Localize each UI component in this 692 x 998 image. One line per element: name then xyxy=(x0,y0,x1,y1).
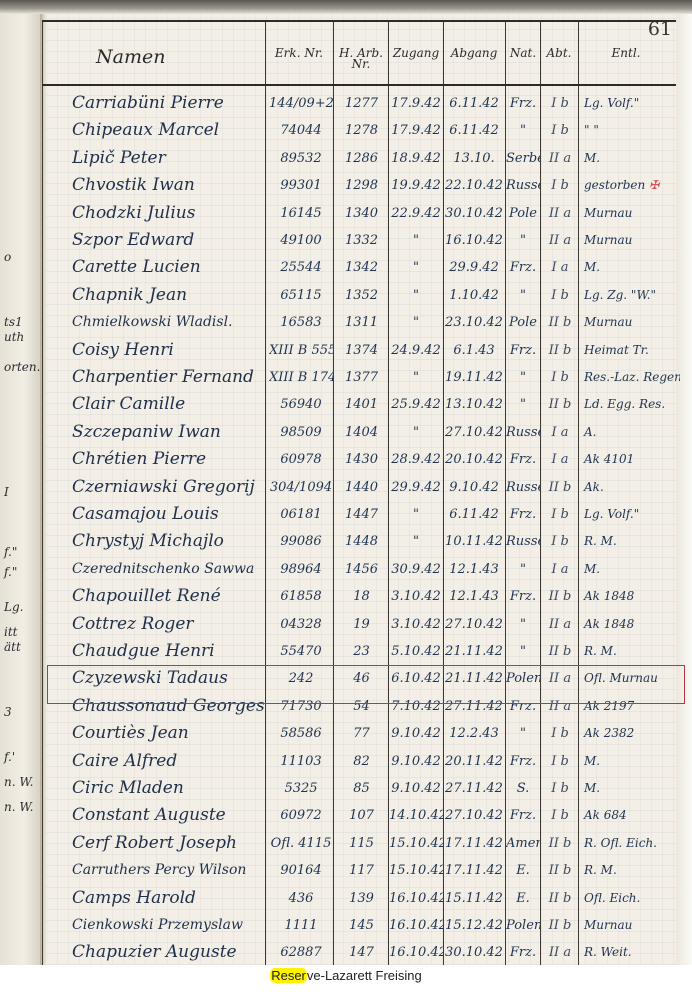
cell-entl: Ak 1848 xyxy=(580,611,680,638)
cell-erk: 98964 xyxy=(269,556,333,583)
cell-erk: 436 xyxy=(269,885,333,912)
cell-harb: 1377 xyxy=(335,364,388,391)
cell-zugang: " xyxy=(389,227,443,254)
cell-harb: 1311 xyxy=(335,309,388,336)
table-row: Chmielkowski Wladisl.165831311"23.10.42P… xyxy=(42,309,676,336)
cell-entl: M. xyxy=(580,748,680,775)
cell-name: Czerednitschenko Sawwa xyxy=(72,556,298,583)
cell-abt: II a xyxy=(542,200,578,227)
cell-abt: II b xyxy=(542,857,578,884)
book-spine-shadow xyxy=(0,0,692,14)
left-page-fragment: o xyxy=(4,250,11,264)
cell-abt: I b xyxy=(542,172,578,199)
cell-abgang: 21.11.42 xyxy=(444,638,504,665)
cell-entl: Murnau xyxy=(580,309,680,336)
cell-abgang: 27.10.42 xyxy=(444,802,504,829)
cell-erk: 304/1094 xyxy=(269,474,333,501)
cell-abt: I a xyxy=(542,446,578,473)
left-page-fragment: uth xyxy=(4,330,24,344)
cell-zugang: " xyxy=(389,501,443,528)
table-row: Caire Alfred11103829.10.4220.11.42Frz.I … xyxy=(42,748,676,775)
cell-erk: 49100 xyxy=(269,227,333,254)
cell-harb: 1342 xyxy=(335,254,388,281)
cell-erk: 56940 xyxy=(269,391,333,418)
cell-entl: M. xyxy=(580,145,680,172)
cell-entl: Res.-Laz. Regensburg xyxy=(580,364,680,391)
table-row: Ciric Mladen5325859.10.4227.11.42S.I bM. xyxy=(42,775,676,802)
cell-name: Caire Alfred xyxy=(72,748,298,775)
cell-harb: 107 xyxy=(335,802,388,829)
cell-harb: 77 xyxy=(335,720,388,747)
cell-abt: II a xyxy=(542,227,578,254)
cell-abt: I b xyxy=(542,748,578,775)
cell-entl: M. xyxy=(580,556,680,583)
cell-zugang: 28.9.42 xyxy=(389,446,443,473)
cell-name: Carriabüni Pierre xyxy=(72,90,298,117)
table-row: Czerednitschenko Sawwa98964145630.9.4212… xyxy=(42,556,676,583)
cell-harb: 1456 xyxy=(335,556,388,583)
cell-harb: 145 xyxy=(335,912,388,939)
cell-entl: R. Ofl. Eich. xyxy=(580,830,680,857)
cell-abgang: 15.12.42 xyxy=(444,912,504,939)
left-page-fragment: f." xyxy=(4,545,17,559)
column-header-name: Namen xyxy=(60,52,296,63)
cell-zugang: 16.10.42 xyxy=(389,939,443,965)
cell-harb: 147 xyxy=(335,939,388,965)
cell-nat: Frz. xyxy=(506,446,540,473)
cell-nat: Polen xyxy=(506,912,540,939)
cell-entl: Ak. xyxy=(580,474,680,501)
cell-abt: II b xyxy=(542,391,578,418)
cell-zugang: 15.10.42 xyxy=(389,857,443,884)
cell-abgang: 12.1.43 xyxy=(444,583,504,610)
column-header-abt: Abt. xyxy=(541,48,577,59)
cell-zugang: 29.9.42 xyxy=(389,474,443,501)
cell-erk: 99086 xyxy=(269,528,333,555)
cell-nat: " xyxy=(506,638,540,665)
table-row: Courtiès Jean58586779.10.4212.2.43"I bAk… xyxy=(42,720,676,747)
cell-entl: Ld. Egg. Res. xyxy=(580,391,680,418)
cell-name: Constant Auguste xyxy=(72,802,298,829)
cell-name: Chrystyj Michajlo xyxy=(72,528,298,555)
cell-entl: R. M. xyxy=(580,857,680,884)
red-cross-mark-icon: ✠ xyxy=(645,178,659,192)
cell-abt: I b xyxy=(542,775,578,802)
cell-harb: 1278 xyxy=(335,117,388,144)
cell-entl: Ak 1848 xyxy=(580,583,680,610)
cell-entl: Ak 2382 xyxy=(580,720,680,747)
cell-abgang: 29.9.42 xyxy=(444,254,504,281)
cell-harb: 1440 xyxy=(335,474,388,501)
cell-zugang: 5.10.42 xyxy=(389,638,443,665)
cell-harb: 1448 xyxy=(335,528,388,555)
cell-nat: Pole xyxy=(506,200,540,227)
cell-harb: 1404 xyxy=(335,419,388,446)
cell-name: Chrétien Pierre xyxy=(72,446,298,473)
table-row: Szpor Edward491001332"16.10.42"II aMurna… xyxy=(42,227,676,254)
cell-abgang: 12.2.43 xyxy=(444,720,504,747)
left-page-fragment: n. W. xyxy=(4,800,33,814)
cell-erk: 11103 xyxy=(269,748,333,775)
cell-nat: Amer. xyxy=(506,830,540,857)
cell-abt: II b xyxy=(542,337,578,364)
cell-abgang: 9.10.42 xyxy=(444,474,504,501)
cell-name: Chaudgue Henri xyxy=(72,638,298,665)
cell-abt: I a xyxy=(542,556,578,583)
table-row: Cienkowski Przemyslaw111114516.10.4215.1… xyxy=(42,912,676,939)
cell-entl: R. M. xyxy=(580,638,680,665)
caption: Reserve-Lazarett Freising xyxy=(0,968,692,983)
cell-abt: I b xyxy=(542,802,578,829)
cell-erk: 1111 xyxy=(269,912,333,939)
cell-name: Ciric Mladen xyxy=(72,775,298,802)
cell-nat: Frz. xyxy=(506,254,540,281)
cell-abt: II b xyxy=(542,638,578,665)
cell-name: Szpor Edward xyxy=(72,227,298,254)
cell-nat: Frz. xyxy=(506,337,540,364)
cell-entl: Murnau xyxy=(580,912,680,939)
table-row: Clair Camille56940140125.9.4213.10.42"II… xyxy=(42,391,676,418)
cell-harb: 85 xyxy=(335,775,388,802)
cell-erk: 60972 xyxy=(269,802,333,829)
cell-abt: I a xyxy=(542,419,578,446)
cell-abt: I a xyxy=(542,254,578,281)
cell-erk: 144/09+20 xyxy=(269,90,333,117)
cell-nat: " xyxy=(506,391,540,418)
cell-zugang: 15.10.42 xyxy=(389,830,443,857)
table-row: Chapuzier Auguste6288714716.10.4230.10.4… xyxy=(42,939,676,965)
cell-harb: 115 xyxy=(335,830,388,857)
header-rule xyxy=(42,20,676,22)
cell-zugang: 3.10.42 xyxy=(389,583,443,610)
table-row: Carette Lucien255441342"29.9.42Frz.I aM. xyxy=(42,254,676,281)
cell-nat: Serbe xyxy=(506,145,540,172)
cell-harb: 1430 xyxy=(335,446,388,473)
table-row: Coisy HenriXIII B 5558 L.A.137424.9.426.… xyxy=(42,337,676,364)
cell-abt: II a xyxy=(542,145,578,172)
cell-erk: 58586 xyxy=(269,720,333,747)
cell-zugang: 17.9.42 xyxy=(389,117,443,144)
cell-harb: 1374 xyxy=(335,337,388,364)
cell-zugang: 18.9.42 xyxy=(389,145,443,172)
table-row: Szczepaniw Iwan985091404"27.10.42RusseI … xyxy=(42,419,676,446)
cell-abgang: 15.11.42 xyxy=(444,885,504,912)
cell-zugang: 24.9.42 xyxy=(389,337,443,364)
cell-zugang: 9.10.42 xyxy=(389,748,443,775)
cell-nat: Pole xyxy=(506,309,540,336)
caption-highlight: Reser xyxy=(270,968,307,983)
cell-zugang: 9.10.42 xyxy=(389,720,443,747)
cell-name: Carruthers Percy Wilson xyxy=(72,857,298,884)
cell-harb: 18 xyxy=(335,583,388,610)
cell-erk: 62887 xyxy=(269,939,333,965)
cell-abgang: 6.11.42 xyxy=(444,501,504,528)
highlighted-row-box xyxy=(47,665,685,704)
cell-abt: II b xyxy=(542,474,578,501)
cell-abt: I b xyxy=(542,90,578,117)
cell-harb: 1298 xyxy=(335,172,388,199)
cell-erk: XIII B 5558 L.A. xyxy=(269,337,333,364)
cell-erk: 5325 xyxy=(269,775,333,802)
cell-harb: 1277 xyxy=(335,90,388,117)
cell-nat: Russe xyxy=(506,419,540,446)
cell-entl: Lg. Zg. "W." xyxy=(580,282,680,309)
cell-harb: 1447 xyxy=(335,501,388,528)
table-row: Carriabüni Pierre144/09+20127717.9.426.1… xyxy=(42,90,676,117)
table-row: Carruthers Percy Wilson9016411715.10.421… xyxy=(42,857,676,884)
cell-abt: I b xyxy=(542,501,578,528)
cell-entl: A. xyxy=(580,419,680,446)
cell-abgang: 27.11.42 xyxy=(444,775,504,802)
table-row: Chaudgue Henri55470235.10.4221.11.42"II … xyxy=(42,638,676,665)
cell-harb: 82 xyxy=(335,748,388,775)
cell-erk: 90164 xyxy=(269,857,333,884)
cell-entl: R. Weit. xyxy=(580,939,680,965)
cell-erk: Ofl. 4115 xyxy=(269,830,333,857)
cell-abgang: 20.11.42 xyxy=(444,748,504,775)
cell-entl: " " xyxy=(580,117,680,144)
cell-name: Chmielkowski Wladisl. xyxy=(72,309,298,336)
cell-abt: II a xyxy=(542,939,578,965)
cell-harb: 1352 xyxy=(335,282,388,309)
cell-entl: Heimat Tr. xyxy=(580,337,680,364)
cell-abt: II b xyxy=(542,885,578,912)
cell-erk: 55470 xyxy=(269,638,333,665)
caption-text: ve-Lazarett Freising xyxy=(307,968,422,983)
cell-abt: II b xyxy=(542,583,578,610)
column-header-entl: Entl. xyxy=(580,48,672,59)
cell-abgang: 22.10.42 xyxy=(444,172,504,199)
cell-abt: I b xyxy=(542,364,578,391)
cell-zugang: 22.9.42 xyxy=(389,200,443,227)
table-row: Casamajou Louis061811447"6.11.42Frz.I bL… xyxy=(42,501,676,528)
left-page-fragment: ts1 xyxy=(4,315,23,329)
cell-abgang: 30.10.42 xyxy=(444,200,504,227)
cell-name: Chvostik Iwan xyxy=(72,172,298,199)
cell-zugang: 16.10.42 xyxy=(389,912,443,939)
cell-erk: 89532 xyxy=(269,145,333,172)
cell-erk: 25544 xyxy=(269,254,333,281)
cell-abt: I b xyxy=(542,720,578,747)
cell-abgang: 13.10. xyxy=(444,145,504,172)
cell-abgang: 10.11.42 xyxy=(444,528,504,555)
table-row: Cerf Robert JosephOfl. 411511515.10.4217… xyxy=(42,830,676,857)
cell-zugang: 17.9.42 xyxy=(389,90,443,117)
cell-erk: 65115 xyxy=(269,282,333,309)
cell-harb: 1401 xyxy=(335,391,388,418)
cell-erk: 61858 xyxy=(269,583,333,610)
cell-entl: R. M. xyxy=(580,528,680,555)
cell-nat: Frz. xyxy=(506,939,540,965)
cell-nat: " xyxy=(506,364,540,391)
cell-abgang: 27.10.42 xyxy=(444,611,504,638)
cell-harb: 139 xyxy=(335,885,388,912)
cell-abgang: 30.10.42 xyxy=(444,939,504,965)
table-row: Chodzki Julius16145134022.9.4230.10.42Po… xyxy=(42,200,676,227)
cell-nat: " xyxy=(506,556,540,583)
cell-zugang: " xyxy=(389,254,443,281)
table-row: Czerniawski Gregorij304/1094144029.9.429… xyxy=(42,474,676,501)
cell-abgang: 23.10.42 xyxy=(444,309,504,336)
cell-abt: II b xyxy=(542,309,578,336)
table-row: Chvostik Iwan99301129819.9.4222.10.42Rus… xyxy=(42,172,676,199)
cell-zugang: " xyxy=(389,282,443,309)
cell-nat: Frz. xyxy=(506,802,540,829)
cell-abgang: 12.1.43 xyxy=(444,556,504,583)
cell-harb: 1340 xyxy=(335,200,388,227)
cell-erk: XIII B 1742/1030 xyxy=(269,364,333,391)
table-row: Chapouillet René61858183.10.4212.1.43Frz… xyxy=(42,583,676,610)
cell-name: Chapnik Jean xyxy=(72,282,298,309)
table-row: Charpentier FernandXIII B 1742/10301377"… xyxy=(42,364,676,391)
cell-nat: Russe xyxy=(506,474,540,501)
cell-erk: 04328 xyxy=(269,611,333,638)
table-row: Lipič Peter89532128618.9.4213.10.SerbeII… xyxy=(42,145,676,172)
cell-name: Cienkowski Przemyslaw xyxy=(72,912,298,939)
cell-nat: Frz. xyxy=(506,748,540,775)
cell-harb: 19 xyxy=(335,611,388,638)
cell-nat: S. xyxy=(506,775,540,802)
column-header-erk: Erk. Nr. xyxy=(268,48,330,59)
cell-erk: 60978 xyxy=(269,446,333,473)
cell-entl: Murnau xyxy=(580,200,680,227)
cell-abt: II b xyxy=(542,830,578,857)
left-page-fragment: I xyxy=(4,485,9,499)
cell-name: Camps Harold xyxy=(72,885,298,912)
cell-harb: 1286 xyxy=(335,145,388,172)
cell-name: Chapuzier Auguste xyxy=(72,939,298,965)
cell-name: Cerf Robert Joseph xyxy=(72,830,298,857)
left-page-fragment: Lg. xyxy=(4,600,23,614)
cell-name: Clair Camille xyxy=(72,391,298,418)
left-page-edge: ots1uthorten.If."f."Lg.ittätt3f.'n. W.n.… xyxy=(0,14,41,965)
table-row: Camps Harold43613916.10.4215.11.42E.II b… xyxy=(42,885,676,912)
cell-name: Carette Lucien xyxy=(72,254,298,281)
cell-nat: Russe xyxy=(506,172,540,199)
cell-zugang: " xyxy=(389,364,443,391)
table-row: Chrystyj Michajlo990861448"10.11.42Russe… xyxy=(42,528,676,555)
cell-erk: 99301 xyxy=(269,172,333,199)
cell-abt: I b xyxy=(542,282,578,309)
table-row: Chipeaux Marcel74044127817.9.426.11.42"I… xyxy=(42,117,676,144)
cell-name: Cottrez Roger xyxy=(72,611,298,638)
cell-zugang: " xyxy=(389,419,443,446)
column-header-zugang: Zugang xyxy=(390,48,442,59)
cell-nat: " xyxy=(506,117,540,144)
cell-entl: M. xyxy=(580,775,680,802)
cell-zugang: 25.9.42 xyxy=(389,391,443,418)
cell-erk: 16145 xyxy=(269,200,333,227)
cell-name: Lipič Peter xyxy=(72,145,298,172)
cell-nat: Frz. xyxy=(506,90,540,117)
left-page-fragment: 3 xyxy=(4,705,12,719)
cell-name: Szczepaniw Iwan xyxy=(72,419,298,446)
cell-entl: Ak 4101 xyxy=(580,446,680,473)
cell-abt: II a xyxy=(542,611,578,638)
cell-harb: 1332 xyxy=(335,227,388,254)
cell-nat: E. xyxy=(506,857,540,884)
cell-abt: II b xyxy=(542,912,578,939)
cell-name: Chipeaux Marcel xyxy=(72,117,298,144)
cell-zugang: 14.10.42 xyxy=(389,802,443,829)
cell-nat: E. xyxy=(506,885,540,912)
cell-abgang: 16.10.42 xyxy=(444,227,504,254)
cell-abt: I b xyxy=(542,528,578,555)
column-header-nat: Nat. xyxy=(506,48,540,59)
table-row: Chapnik Jean651151352"1.10.42"I bLg. Zg.… xyxy=(42,282,676,309)
cell-entl: Lg. Volf." xyxy=(580,90,680,117)
cell-name: Coisy Henri xyxy=(72,337,298,364)
cell-abgang: 13.10.42 xyxy=(444,391,504,418)
cell-nat: " xyxy=(506,611,540,638)
left-page-fragment: ätt xyxy=(4,640,21,654)
column-header-abgang: Abgang xyxy=(445,48,503,59)
cell-abgang: 27.10.42 xyxy=(444,419,504,446)
cell-abgang: 6.11.42 xyxy=(444,90,504,117)
cell-name: Charpentier Fernand xyxy=(72,364,298,391)
cell-zugang: " xyxy=(389,528,443,555)
cell-zugang: 19.9.42 xyxy=(389,172,443,199)
cell-zugang: 16.10.42 xyxy=(389,885,443,912)
cell-name: Casamajou Louis xyxy=(72,501,298,528)
cell-nat: Frz. xyxy=(506,501,540,528)
cell-zugang: 30.9.42 xyxy=(389,556,443,583)
table-row: Cottrez Roger04328193.10.4227.10.42"II a… xyxy=(42,611,676,638)
cell-abgang: 6.1.43 xyxy=(444,337,504,364)
cell-entl: Murnau xyxy=(580,227,680,254)
cell-abt: I b xyxy=(542,117,578,144)
cell-abgang: 1.10.42 xyxy=(444,282,504,309)
cell-entl: gestorben ✠ xyxy=(580,172,680,199)
cell-zugang: 9.10.42 xyxy=(389,775,443,802)
left-page-fragment: f.' xyxy=(4,750,15,764)
column-header-harb: H. Arb. Nr. xyxy=(335,48,387,70)
cell-nat: Russe xyxy=(506,528,540,555)
cell-erk: 74044 xyxy=(269,117,333,144)
ledger-scan: ots1uthorten.If."f."Lg.ittätt3f.'n. W.n.… xyxy=(0,0,692,965)
cell-entl: Ofl. Eich. xyxy=(580,885,680,912)
cell-name: Chapouillet René xyxy=(72,583,298,610)
cell-harb: 23 xyxy=(335,638,388,665)
cell-abgang: 19.11.42 xyxy=(444,364,504,391)
cell-entl: Ak 684 xyxy=(580,802,680,829)
left-page-fragment: n. W. xyxy=(4,775,33,789)
left-page-fragment: itt xyxy=(4,625,17,639)
cell-name: Czerniawski Gregorij xyxy=(72,474,298,501)
cell-abgang: 17.11.42 xyxy=(444,830,504,857)
left-page-fragment: orten. xyxy=(4,360,40,374)
cell-name: Chodzki Julius xyxy=(72,200,298,227)
table-row: Constant Auguste6097210714.10.4227.10.42… xyxy=(42,802,676,829)
cell-entl: Lg. Volf." xyxy=(580,501,680,528)
cell-abgang: 20.10.42 xyxy=(444,446,504,473)
cell-harb: 117 xyxy=(335,857,388,884)
cell-zugang: 3.10.42 xyxy=(389,611,443,638)
cell-abgang: 6.11.42 xyxy=(444,117,504,144)
cell-entl: M. xyxy=(580,254,680,281)
header-rule xyxy=(42,84,676,86)
cell-erk: 06181 xyxy=(269,501,333,528)
cell-erk: 98509 xyxy=(269,419,333,446)
cell-nat: " xyxy=(506,282,540,309)
cell-name: Courtiès Jean xyxy=(72,720,298,747)
cell-nat: " xyxy=(506,720,540,747)
cell-erk: 16583 xyxy=(269,309,333,336)
table-row: Chrétien Pierre60978143028.9.4220.10.42F… xyxy=(42,446,676,473)
cell-zugang: " xyxy=(389,309,443,336)
left-page-fragment: f." xyxy=(4,565,17,579)
cell-nat: " xyxy=(506,227,540,254)
